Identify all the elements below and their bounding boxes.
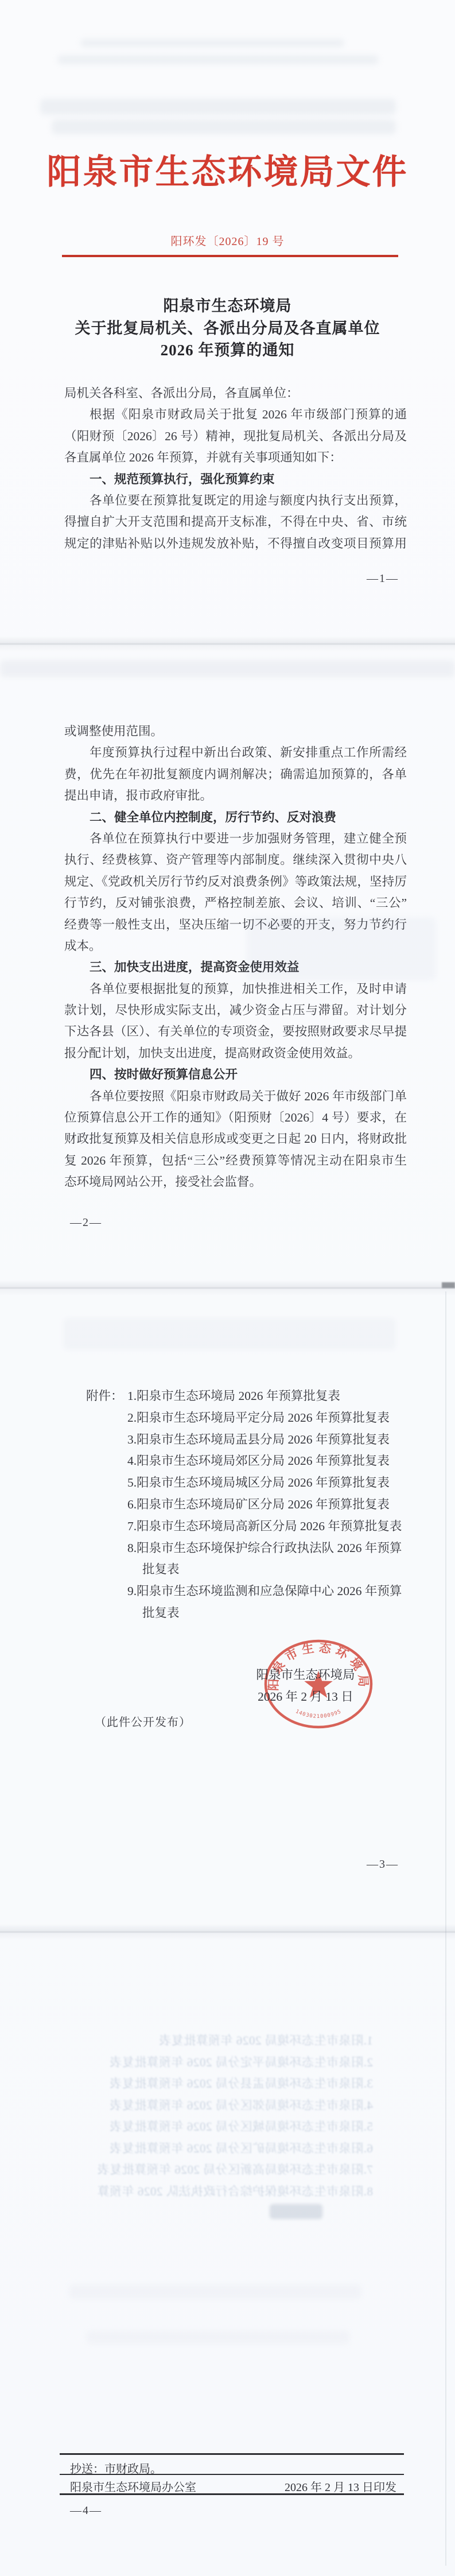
body-text-line: 各单位要根据批复的预算，加快推进相关工作，及时申请用 [64,979,407,1000]
body-text-line: 复 2026 年预算，包括“三公”经费预算等情况主动在阳泉市生 [64,1150,407,1171]
ghost-text-line: 5.阳泉市生态环境局城区分局 2026 年预算批复表 [66,2116,373,2138]
page3-number: —3— [330,1858,399,1871]
body-text-line: 或调整使用范围。 [64,721,407,742]
body-text-line: 年度预算执行过程中新出台政策、新安排重点工作所需经 [64,742,407,763]
bleed-through-smudge [63,1318,396,1350]
body-text-line: 提出申请，报市政府审批。 [64,785,407,806]
ghost-text-line: 3.阳泉市生态环境局盂县分局 2026 年预算批复表 [66,2073,373,2095]
attachment-item: 批复表 [127,1559,407,1581]
body-text-line: 各单位要按照《阳泉市财政局关于做好 2026 年市级部门单 [64,1086,407,1107]
document-masthead-title: 阳泉市生态环境局文件 [0,152,455,193]
body-text-line: 各单位在预算执行中要进一步加强财务管理，建立健全预算 [64,828,407,849]
footer-rule-top [60,2453,404,2455]
body-text-line: （阳财预〔2026〕26 号）精神，现批复局机关、各派出分局及 [64,426,407,447]
bleed-through-smudge [57,55,379,64]
attachments-list: 1.阳泉市生态环境局 2026 年预算批复表2.阳泉市生态环境局平定分局 202… [127,1386,407,1624]
masthead-red-rule [62,255,398,257]
footer-issuing-office: 阳泉市生态环境局办公室 [70,2478,196,2494]
document-title-line3: 2026 年预算的通知 [0,339,455,362]
attachment-item: 7.阳泉市生态环境局高新区分局 2026 年预算批复表 [127,1516,407,1538]
signature-block: 阳泉市生态环境局 2026 年 2 月 13 日 [252,1664,359,1708]
footer-rule-middle [60,2474,404,2475]
ghost-text-line: 4.阳泉市生态环境局郊区分局 2026 年预算批复表 [66,2095,373,2117]
attachment-item: 9.阳泉市生态环境监测和应急保障中心 2026 年预算 [127,1581,407,1603]
attachment-item: 4.阳泉市生态环境局郊区分局 2026 年预算批复表 [127,1450,407,1472]
bleed-through-ghost-text: 1.阳泉市生态环境局 2026 年预算批复表2.阳泉市生态环境局平定分局 202… [66,2030,373,2202]
page2-number: —2— [70,1216,102,1229]
signature-date: 2026 年 2 月 13 日 [252,1686,359,1708]
body-text-line: 款计划，尽快形成实际支出，减少资金占压与滞留。对计划分配 [64,1000,407,1021]
attachments-label: 附件： [86,1386,123,1407]
body-text-line: 一、规范预算执行，强化预算约束 [64,469,407,490]
ghost-text-line: 8.阳泉市生态环境保护综合行政执法队 2026 年预算 [66,2181,373,2203]
document-number: 阳环发〔2026〕19 号 [0,232,455,249]
document-title: 阳泉市生态环境局 关于批复局机关、各派出分局及各直属单位 2026 年预算的通知 [0,295,455,362]
body-text-line: 规定的津贴补贴以外违规发放补贴，不得擅自改变项目预算用途 [64,533,407,554]
body-text-line: 费，优先在年初批复额度内调剂解决；确需追加预算的，各单位 [64,764,407,785]
document-title-line2: 关于批复局机关、各派出分局及各直属单位 [0,317,455,340]
document-title-line1: 阳泉市生态环境局 [0,295,455,317]
body-text-line: 规定、《党政机关厉行节约反对浪费条例》等政策法规，坚持厉 [64,871,407,893]
page4-number: —4— [70,2504,102,2517]
body-text-line: 局机关各科室、各派出分局，各直属单位： [64,383,407,404]
attachment-item: 2.阳泉市生态环境局平定分局 2026 年预算批复表 [127,1407,407,1429]
bleed-through-smudge [270,2204,322,2219]
ghost-text-line: 7.阳泉市生态环境局高新区分局 2026 年预算批复表 [66,2159,373,2181]
body-text-line: 得擅自扩大开支范围和提高开支标准，不得在中央、省、市统一 [64,511,407,533]
body-text-line: 四、按时做好预算信息公开 [64,1064,407,1085]
bleed-through-smudge [247,917,436,980]
body-text-line: 各直属单位 2026 年预算，并就有关事项通知如下： [64,447,407,468]
bleed-through-smudge [52,119,396,134]
attachment-item: 6.阳泉市生态环境局矿区分局 2026 年预算批复表 [127,1494,407,1516]
attachments-section: 附件： 1.阳泉市生态环境局 2026 年预算批复表2.阳泉市生态环境局平定分局… [86,1386,407,1624]
scan-edge-mark [442,1282,455,1288]
seal-code: 1403021000995 [294,1709,342,1720]
body-text-line: 财政批复预算及相关信息形成或变更之日起 20 日内，将财政批 [64,1128,407,1150]
body-text-line: 态环境局网站公开，接受社会监督。 [64,1171,407,1193]
page-boundary [0,1924,455,1940]
public-release-note: （此件公开发布） [95,1713,191,1729]
body-text-line: 报分配计划，加快支出进度，提高财政资金使用效益。 [64,1043,407,1064]
bleed-through-smudge [69,2284,361,2299]
attachment-item: 3.阳泉市生态环境局盂县分局 2026 年预算批复表 [127,1429,407,1451]
scanned-official-document: 阳泉市生态环境局文件 阳环发〔2026〕19 号 阳泉市生态环境局 关于批复局机… [0,0,455,2576]
body-text-line: 各单位要在预算批复既定的用途与额度内执行支出预算，不 [64,490,407,511]
body-text-line: 位预算信息公开工作的通知》（阳预财〔2026〕4 号）要求，在 [64,1107,407,1128]
footer-rule-bottom [60,2493,404,2495]
body-text-line: 行节约，反对铺张浪费，严格控制差旅、会议、培训、“三公” [64,893,407,914]
ghost-text-line: 1.阳泉市生态环境局 2026 年预算批复表 [66,2030,373,2052]
attachment-item: 8.阳泉市生态环境保护综合行政执法队 2026 年预算 [127,1538,407,1559]
page1-body-text: 局机关各科室、各派出分局，各直属单位：根据《阳泉市财政局关于批复 2026 年市… [64,383,407,554]
attachment-item: 5.阳泉市生态环境局城区分局 2026 年预算批复表 [127,1472,407,1494]
attachment-item: 批复表 [127,1603,407,1624]
ghost-text-line: 2.阳泉市生态环境局平定分局 2026 年预算批复表 [66,2052,373,2074]
body-text-line: 执行、经费核算、资产管理等内部制度。继续深入贯彻中央八项 [64,849,407,871]
bleed-through-smudge [80,39,344,47]
bleed-through-smudge [40,99,396,115]
body-text-line: 根据《阳泉市财政局关于批复 2026 年市级部门预算的通知》 [64,404,407,425]
attachment-item: 1.阳泉市生态环境局 2026 年预算批复表 [127,1386,407,1407]
page-boundary [0,1280,455,1296]
page-boundary [0,636,455,652]
ghost-text-line: 6.阳泉市生态环境局矿区分局 2026 年预算批复表 [66,2138,373,2160]
signature-org: 阳泉市生态环境局 [252,1664,359,1686]
bleed-through-smudge [86,2330,350,2344]
svg-text:1403021000995: 1403021000995 [294,1709,342,1720]
footer-print-date: 2026 年 2 月 13 日印发 [230,2478,396,2494]
page1-number: —1— [330,572,399,585]
body-text-line: 二、健全单位内控制度，厉行节约、反对浪费 [64,807,407,828]
scan-edge-line [445,1291,446,2566]
scanner-shadow-band [0,660,455,677]
body-text-line: 下达各县（区）、有关单位的专项资金，要按照财政要求尽早提 [64,1021,407,1042]
